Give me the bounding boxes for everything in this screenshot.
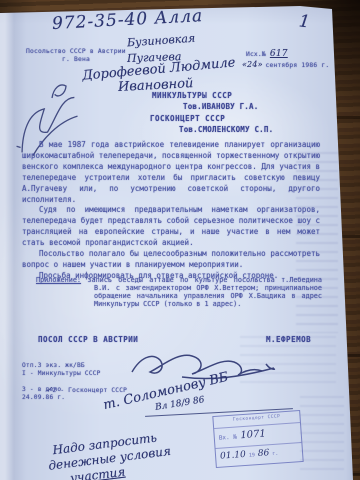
date-rest: сентября 1986 г. [265, 62, 329, 69]
addressee-org-2: ГОСКОНЦЕРТ СССР [150, 114, 225, 123]
bottom-handwritten-note: Надо запросить денежные условия участия [52, 429, 174, 480]
body-paragraph-1: В мае 1987 года австрийское телевидение … [22, 140, 320, 205]
body-paragraph-2: Судя по имеющимся предварительным наметк… [22, 205, 320, 249]
stamp-year: 86 [258, 448, 270, 459]
handwritten-phone-note: 972-35-40 Алла [52, 6, 204, 34]
copies-line: Отп.3 экз. жк/ВБ [22, 362, 85, 369]
ambassador-name: М.ЕФРЕМОВ [266, 335, 311, 344]
handwritten-surname-note: Бузиновкая [127, 32, 196, 50]
body-paragraph-3: Посольство полагало бы целесообразным по… [22, 249, 320, 271]
copy-row-1: I - Минкультуры СССР [22, 370, 101, 377]
margin-signature-scribble [2, 82, 102, 148]
attachment-label: Приложение: [36, 276, 81, 284]
photo-wood-background: 972-35-40 Алла 1 Бузиновкая Посольство С… [0, 0, 360, 480]
incoming-registration-stamp: Госконцерт СССР Вх. № 1071 01.10 19 86 г… [212, 410, 303, 468]
attachment-note: Приложение: запись беседы атташе по куль… [36, 277, 322, 309]
addressee-org-1: МИНКУЛЬТУРЫ СССР [152, 91, 232, 100]
stamp-year-pre: 19 [246, 452, 258, 459]
date-day-handwritten: «24» [242, 60, 266, 69]
document-sheet: 972-35-40 Алла 1 Бузиновкая Посольство С… [0, 0, 360, 480]
stamp-date-suffix: г. [269, 451, 278, 458]
copy-row-2-text: 2 - Госконцерт СССР [52, 387, 127, 394]
sender-org: Посольство СССР в Австрии [26, 48, 126, 55]
bleed-through-text [300, 392, 344, 470]
letter-body: В мае 1987 года австрийское телевидение … [22, 140, 320, 282]
sender-city: г. Вена [62, 56, 90, 63]
addressee-person-2: Тов.СМОЛЕНСКОМУ С.П. [179, 125, 273, 134]
addressee-person-1: Тов.ИВАНОВУ Г.А. [183, 102, 258, 111]
attachment-text: запись беседы атташе по культуре посольс… [81, 276, 322, 308]
copies-date: 24.09.86 г. [22, 394, 65, 401]
stamp-in-label: Вх. № [219, 433, 241, 441]
ambassador-title: ПОСОЛ СССР В АВСТРИИ [38, 335, 138, 344]
copy-row-3: 3 - в дело [22, 386, 61, 393]
stamp-in-number: 1071 [240, 428, 266, 441]
page-number: 1 [298, 11, 311, 32]
stamp-date-day: 01.10 [220, 450, 246, 462]
